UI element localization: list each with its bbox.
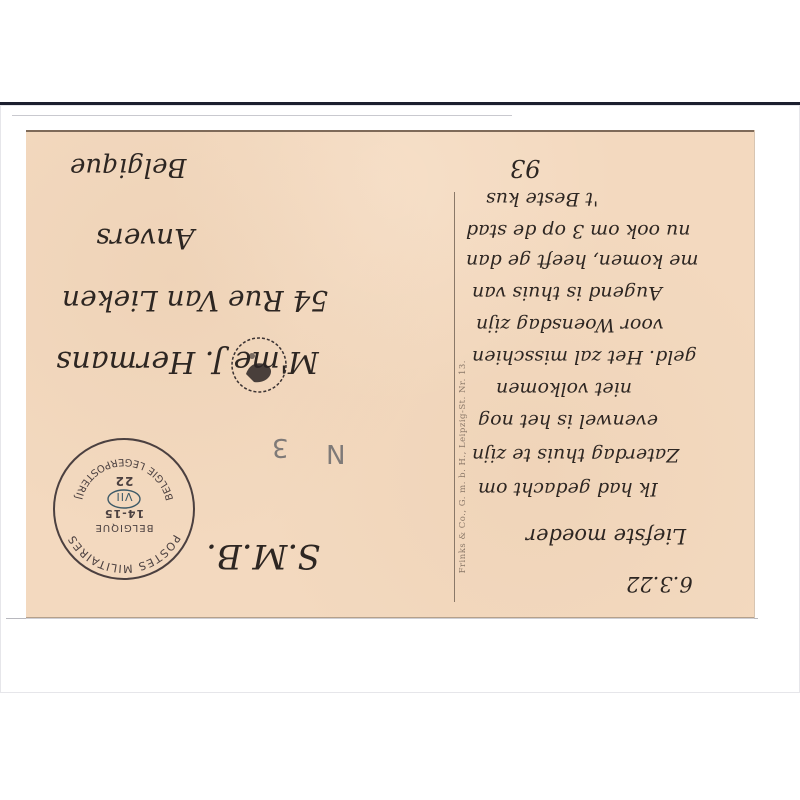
message-line-7: Augend is thuis van: [472, 282, 662, 304]
pencil-mark-3: 3: [272, 432, 289, 462]
message-line-6: voor Woensdag zijn: [476, 314, 664, 336]
sleeve-edge: [12, 115, 512, 116]
message-line-3: evenwel is het nog: [478, 410, 658, 432]
message-line-8: me komen, heeft ge dan: [466, 250, 698, 272]
printer-imprint: Frinks & Co., G. m. b. H., Leipzig-St. N…: [458, 360, 474, 573]
pencil-mark-n: N: [326, 438, 345, 468]
message-line-5: geld. Het zal misschien: [472, 346, 697, 368]
postmark-top-text: POSTES MILITAIRES: [65, 533, 183, 576]
message-line-1: Ik had gedacht om: [478, 478, 658, 500]
message-line-9: nu ook om 3 op de stad: [466, 220, 691, 242]
address-city: Anvers: [96, 222, 194, 255]
center-divider-line: [454, 192, 455, 602]
letter-date: 6.3.22: [626, 572, 693, 596]
sender-mark: S.M.B.: [206, 536, 320, 576]
message-line-2: Zaterdag thuis te zijn: [472, 444, 679, 466]
salutation: Liefste moeder: [526, 524, 686, 548]
address-country: Belgique: [70, 152, 187, 182]
small-postmark-icon: [228, 334, 290, 396]
message-line-10: 't Beste kus: [486, 188, 598, 210]
postmark-inner-date: 22: [115, 474, 134, 488]
sleeve-bottom-edge: [6, 618, 758, 619]
postmark-inner-code: VII: [115, 490, 132, 503]
address-street: 54 Rue Van Lieken: [62, 284, 328, 317]
svg-text:POSTES MILITAIRES: POSTES MILITAIRES: [65, 533, 183, 576]
postmark-years: 14-15: [104, 507, 144, 520]
message-line-4: niet volkomen: [496, 378, 632, 400]
military-postmark-stamp: POSTES MILITAIRES BELGIE LEGERPOSTERIJ B…: [48, 433, 200, 585]
postmark-country: BELGIQUE: [95, 522, 154, 533]
number-mark: 93: [510, 154, 541, 182]
